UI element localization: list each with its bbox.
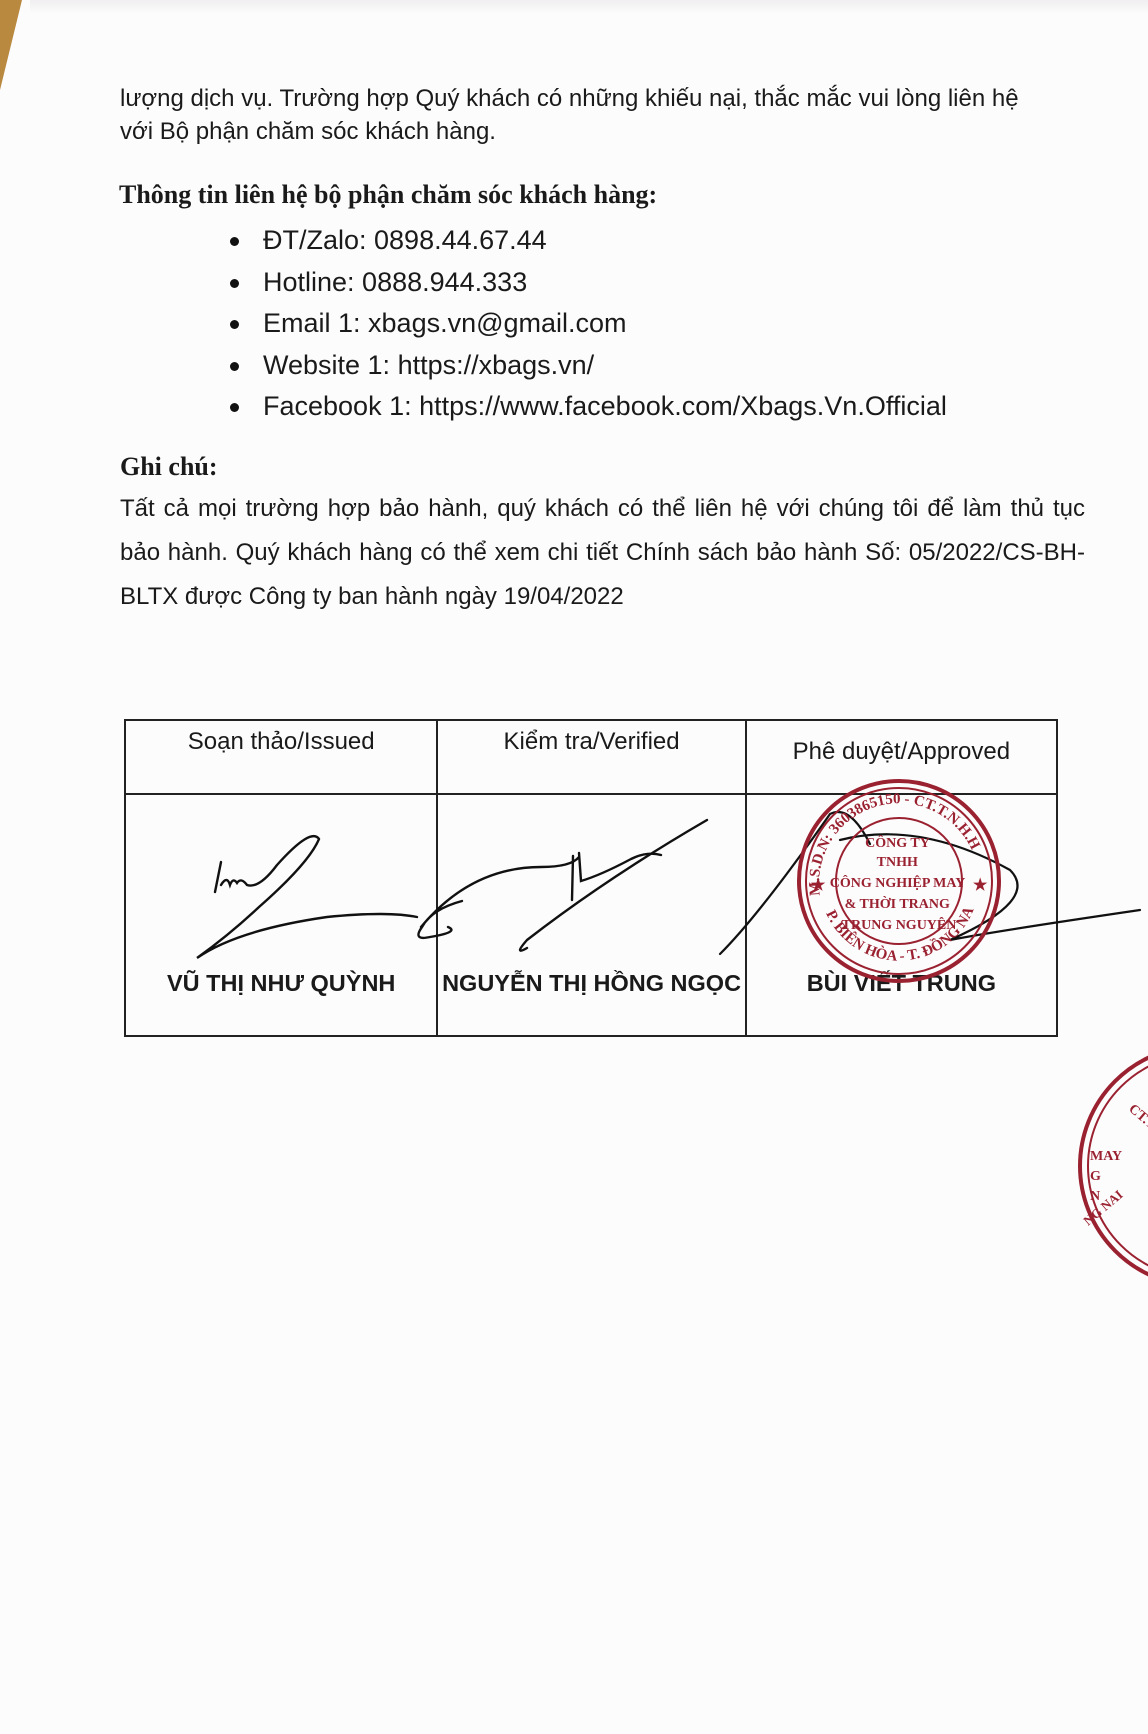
- cell-verified-signature: NGUYỄN THỊ HỒNG NGỌC: [437, 794, 745, 1036]
- contact-heading: Thông tin liên hệ bộ phận chăm sóc khách…: [119, 180, 657, 210]
- note-heading: Ghi chú:: [120, 452, 218, 482]
- header-approved: Phê duyệt/Approved: [746, 720, 1057, 794]
- name-approved: BÙI VIẾT TRUNG: [747, 962, 1056, 1004]
- document-page: lượng dịch vụ. Trường hợp Quý khách có n…: [0, 0, 1148, 1734]
- svg-text:CT.T.N.H.H: CT.T.N.H.H: [1125, 1102, 1148, 1160]
- svg-text:NG NAI: NG NAI: [1080, 1187, 1125, 1228]
- page-top-shadow: [30, 0, 1148, 14]
- cell-approved-signature: BÙI VIẾT TRUNG: [746, 794, 1057, 1036]
- svg-text:MAY: MAY: [1090, 1149, 1122, 1164]
- contact-list: ĐT/Zalo: 0898.44.67.44 Hotline: 0888.944…: [200, 220, 947, 428]
- header-verified: Kiểm tra/Verified: [437, 720, 745, 794]
- svg-text:N: N: [1090, 1189, 1100, 1204]
- contact-phone-zalo: ĐT/Zalo: 0898.44.67.44: [263, 220, 947, 262]
- name-issued: VŨ THỊ NHƯ QUỲNH: [126, 962, 436, 1004]
- contact-email: Email 1: xbags.vn@gmail.com: [263, 303, 947, 345]
- contact-hotline: Hotline: 0888.944.333: [263, 262, 947, 304]
- svg-text:G: G: [1090, 1169, 1101, 1184]
- intro-paragraph: lượng dịch vụ. Trường hợp Quý khách có n…: [120, 82, 1040, 148]
- wooden-background-corner: [0, 0, 22, 90]
- contact-facebook: Facebook 1: https://www.facebook.com/Xba…: [263, 386, 947, 428]
- signature-table: Soạn thảo/Issued Kiểm tra/Verified Phê d…: [124, 719, 1058, 1037]
- note-text: Tất cả mọi trường hợp bảo hành, quý khác…: [120, 487, 1085, 619]
- header-issued: Soạn thảo/Issued: [125, 720, 437, 794]
- name-verified: NGUYỄN THỊ HỒNG NGỌC: [438, 962, 744, 1004]
- contact-website: Website 1: https://xbags.vn/: [263, 345, 947, 387]
- cell-issued-signature: VŨ THỊ NHƯ QUỲNH: [125, 794, 437, 1036]
- partial-stamp-right-edge: CT.T.N.H.H MAY G N NG NAI: [1080, 1046, 1148, 1286]
